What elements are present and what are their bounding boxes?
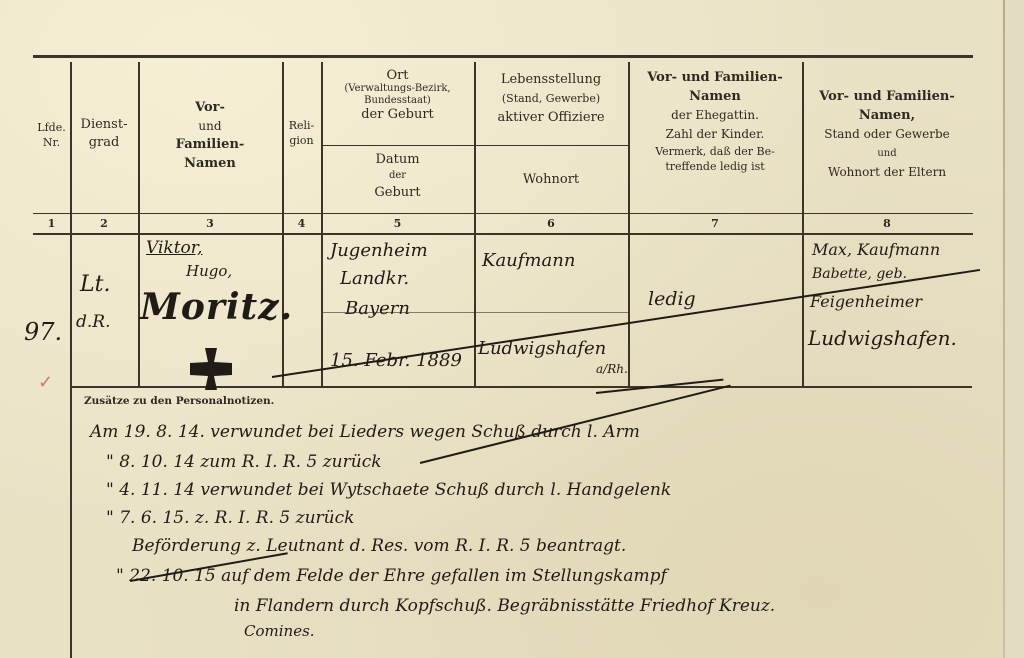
header-col8-line: Namen, <box>859 108 915 123</box>
note-line-5: Beförderung z. Leutnant d. Res. vom R. I… <box>132 536 626 556</box>
entry-marital-status: ledig <box>648 288 696 310</box>
entry-residence-note: a/Rh. <box>596 362 628 376</box>
header-col5-bottom: Datum der Geburt <box>321 150 474 202</box>
header-col5-top: Ort (Verwaltungs-Bezirk, Bundesstaat) de… <box>321 68 474 122</box>
header-col2: Dienst- grad <box>70 116 138 152</box>
entry-serial-number: 97. <box>24 318 62 346</box>
header-col8-line: Vor- und Familien- <box>819 89 954 104</box>
header-col5-line: Bundesstaat) <box>321 95 474 107</box>
entry-parents-line2: Babette, geb. <box>812 266 907 282</box>
page-margin-right <box>1005 0 1024 658</box>
notes-heading: Zusätze zu den Personalnotizen. <box>84 395 274 407</box>
header-col6-top: Lebensstellung (Stand, Gewerbe) aktiver … <box>474 70 628 127</box>
iron-cross-icon <box>188 346 234 392</box>
header-col7-line: treffende ledig ist <box>628 159 802 174</box>
header-col8-line: Stand oder Gewerbe <box>802 125 972 144</box>
header-col3-line: Vor- <box>195 100 225 115</box>
header-col6-line: Lebensstellung <box>474 70 628 89</box>
entry-birthplace-line2: Landkr. <box>340 268 409 289</box>
header-col7-line: Namen <box>689 89 741 104</box>
entry-parents-line4: Ludwigshafen. <box>808 326 957 350</box>
col-number-2: 2 <box>70 217 138 230</box>
entry-parents-line3: Feigenheimer <box>810 292 922 311</box>
header-col3-line: und <box>138 117 282 135</box>
note-line-2: " 8. 10. 14 zum R. I. R. 5 zurück <box>106 452 382 472</box>
header-col3-line: Namen <box>184 156 236 171</box>
header-col7-line: Vermerk, daß der Be- <box>628 144 802 159</box>
header-col8-line: und <box>802 144 972 163</box>
header-col1: Lfde. Nr. <box>33 120 70 150</box>
col-number-4: 4 <box>282 217 321 230</box>
header-col4: Reli- gion <box>282 118 321 148</box>
entry-first-name: Viktor, <box>146 238 202 258</box>
header-col4-line: Reli- <box>282 118 321 133</box>
col-number-8: 8 <box>802 217 972 230</box>
header-col2-line: Dienst- <box>70 116 138 134</box>
header-col5-line: Ort <box>321 68 474 83</box>
header-col7-line: Zahl der Kinder. <box>628 125 802 144</box>
header-col8-line: Wohnort der Eltern <box>802 163 972 182</box>
col-number-6: 6 <box>474 217 628 230</box>
page-binding-fold <box>1003 0 1005 658</box>
entry-occupation: Kaufmann <box>482 250 575 271</box>
header-bottom-rule <box>33 233 973 235</box>
entry-birth-date: 15. Febr. 1889 <box>330 350 462 371</box>
header-col3: Vor- und Familien- Namen <box>138 98 282 173</box>
header-col5-line: Datum <box>321 150 474 169</box>
note-line-1: Am 19. 8. 14. verwundet bei Lieders wege… <box>90 422 640 442</box>
header-col5-line: Geburt <box>321 183 474 202</box>
entry-rank-line1: Lt. <box>80 272 110 297</box>
col-number-7: 7 <box>628 217 802 230</box>
note-line-8: Comines. <box>244 622 315 640</box>
entry-surname: Moritz. <box>140 286 293 328</box>
header-col4-line: gion <box>282 133 321 148</box>
note-line-7: in Flandern durch Kopfschuß. Begräbnisst… <box>234 596 775 616</box>
header-col6-line: Wohnort <box>474 172 628 187</box>
entry-middle-name: Hugo, <box>186 262 232 280</box>
header-col5-line: der Geburt <box>321 107 474 122</box>
header-col2-line: grad <box>70 134 138 152</box>
header-col8: Vor- und Familien- Namen, Stand oder Gew… <box>802 87 972 182</box>
col-number-1: 1 <box>33 217 70 230</box>
note-line-3: " 4. 11. 14 verwundet bei Wytschaete Sch… <box>106 480 671 500</box>
header-col3-line: Familien- <box>176 137 245 152</box>
check-mark-icon: ✓ <box>38 372 53 393</box>
note-line-4: " 7. 6. 15. z. R. I. R. 5 zurück <box>106 508 354 528</box>
top-rule <box>33 55 973 58</box>
header-number-rule <box>33 213 973 214</box>
entry-rank-line2: d.R. <box>76 312 111 332</box>
entry-birthplace-line3: Bayern <box>345 298 410 319</box>
header-col5-line: (Verwaltungs-Bezirk, <box>321 83 474 95</box>
header-col1-line: Lfde. <box>33 120 70 135</box>
header-col6-line: (Stand, Gewerbe) <box>474 89 628 108</box>
header-col6-bottom: Wohnort <box>474 172 628 187</box>
col-number-5: 5 <box>321 217 474 230</box>
col-number-3: 3 <box>138 217 282 230</box>
header-col7-line: der Ehegattin. <box>628 106 802 125</box>
entry-parents-line1: Max, Kaufmann <box>812 240 940 259</box>
header-col1-line: Nr. <box>33 135 70 150</box>
header-col7-line: Vor- und Familien- <box>647 70 782 85</box>
entry-birthplace-line1: Jugenheim <box>330 240 428 261</box>
header-col6-line: aktiver Offiziere <box>474 108 628 127</box>
header-col5-line: der <box>321 169 474 183</box>
header-col7: Vor- und Familien- Namen der Ehegattin. … <box>628 68 802 174</box>
